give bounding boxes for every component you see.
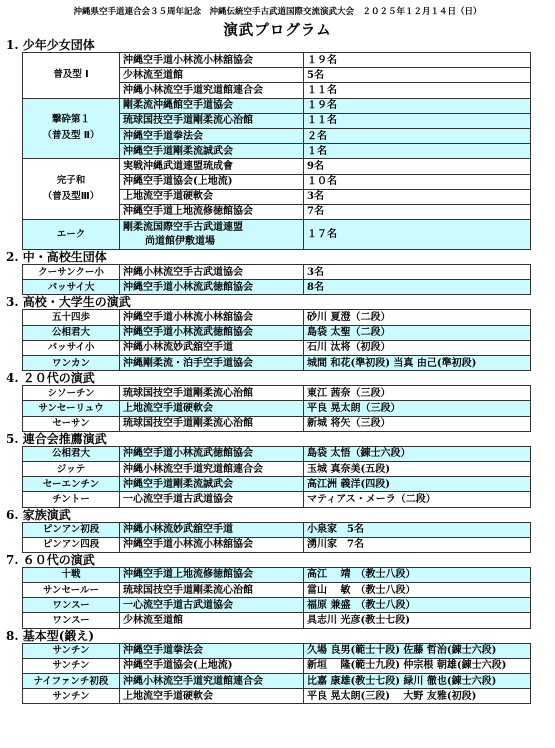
kata-cell: 公相君大	[23, 325, 120, 340]
info-cell: １９名	[304, 98, 531, 113]
kata-cell: チントー	[23, 492, 120, 507]
table-row: チントー一心流空手道古武道協会マティアス・メーラ（二段）	[23, 492, 531, 507]
org-cell: 沖縄空手道拳法会	[120, 643, 304, 658]
kata-cell: サンセーリュウ	[23, 401, 120, 416]
org-cell: 実戦沖縄武道連盟琉成會	[120, 159, 304, 174]
table-row: 公相君大沖縄空手道小林流武徳館協会島袋 太聖（二段）	[23, 325, 531, 340]
section-title: 7. ６０代の演武	[6, 553, 546, 567]
info-cell: 當山 敏 （教士八段）	[304, 583, 531, 598]
kata-cell: 撃砕第１（普及型 Ⅱ）	[23, 98, 120, 159]
org-cell: 沖縄空手道小林流武徳館協会	[120, 446, 304, 461]
org-cell: 沖縄空手道小林流小林舘協会	[120, 53, 304, 68]
org-cell: 沖縄空手道上地流修徳館協会	[120, 204, 304, 219]
kata-cell: 公相君大	[23, 446, 120, 461]
org-cell: 沖縄小林流空手古武道協会	[120, 265, 304, 280]
org-cell: 沖縄小林流空手道究道館連合会	[120, 461, 304, 476]
org-cell: 沖縄空手道剛柔流誠武会	[120, 144, 304, 159]
table-row: パッサイ大沖縄空手道小林流武徳館協会8名	[23, 280, 531, 295]
org-cell: 剛柔流沖縄館空手道協会	[120, 98, 304, 113]
table-row: サンセールー琉球国技空手道剛柔流心治館當山 敏 （教士八段）	[23, 583, 531, 598]
info-cell: １７名	[304, 220, 531, 250]
kata-cell: エーク	[23, 220, 120, 250]
event-header: 沖縄県空手道連合会３５周年記念 沖縄伝統空手古武道国際交流演武大会 ２０２５年１…	[0, 5, 555, 17]
info-cell: 具志川 光彦(教士七段)	[304, 613, 531, 628]
org-cell: 沖縄剛柔流・泊手空手道協会	[120, 356, 304, 371]
program-table-section-3: 五十四歩沖縄空手道小林流小林舘協会砂川 夏澄（二段）公相君大沖縄空手道小林流武徳…	[22, 309, 531, 371]
info-cell: 湧川家 7名	[304, 537, 531, 552]
kata-cell: 十戦	[23, 567, 120, 582]
kata-cell: ワンカン	[23, 356, 120, 371]
info-cell: 7名	[304, 204, 531, 219]
kata-cell: ワンスー	[23, 613, 120, 628]
info-cell: 比嘉 康雄(教士七段) 緑川 徹也(錬士六段)	[304, 674, 531, 689]
kata-cell: 五十四歩	[23, 310, 120, 325]
section-title: 3. 高校・大学生の演武	[6, 295, 546, 309]
program-table-section-4: シソーチン琉球国技空手道剛柔流心治館東江 茜奈（三段）サンセーリュウ上地流空手道…	[22, 385, 531, 432]
section-title: 8. 基本型(鍛え)	[6, 629, 546, 643]
kata-cell: サンセールー	[23, 583, 120, 598]
table-row: ピンアン四段沖縄空手道小林流小林舘協会湧川家 7名	[23, 537, 531, 552]
info-cell: 8名	[304, 280, 531, 295]
info-cell: 新城 将矢（三段）	[304, 416, 531, 431]
org-cell: 上地流空手道硬軟会	[120, 689, 304, 704]
table-row: サンチン沖縄空手道協会(上地流)新垣 隆(範士九段) 仲宗根 朝雄(錬士六段)	[23, 658, 531, 673]
info-cell: 3名	[304, 189, 531, 204]
org-cell: 上地流空手道硬軟会	[120, 401, 304, 416]
info-cell: 3名	[304, 265, 531, 280]
org-cell: 沖縄空手道協会(上地流)	[120, 174, 304, 189]
info-cell: １１名	[304, 113, 531, 128]
table-row: 五十四歩沖縄空手道小林流小林舘協会砂川 夏澄（二段）	[23, 310, 531, 325]
org-cell: 沖縄空手道拳法会	[120, 128, 304, 143]
table-row: サンセーリュウ上地流空手道硬軟会平良 晃太朗（三段）	[23, 401, 531, 416]
org-cell: 沖縄空手道小林流武徳館協会	[120, 325, 304, 340]
info-cell: 高江 靖 （教士八段）	[304, 567, 531, 582]
org-cell: 琉球国技空手道剛柔流心治館	[120, 583, 304, 598]
table-row: ジッテ沖縄小林流空手道究道館連合会玉城 真奈美(五段)	[23, 461, 531, 476]
org-cell: 沖縄空手道上地流修徳館協会	[120, 567, 304, 582]
program-table-section-6: ピンアン初段沖縄小林流妙武舘空手道小泉家 5名ピンアン四段沖縄空手道小林流小林舘…	[22, 522, 531, 553]
kata-cell: セーサン	[23, 416, 120, 431]
program-table-section-8: サンチン沖縄空手道拳法会久場 良男(範士十段) 佐藤 哲治(錬士六段)サンチン沖…	[22, 643, 531, 705]
kata-cell: ジッテ	[23, 461, 120, 476]
kata-cell: ピンアン初段	[23, 522, 120, 537]
program-table-section-5: 公相君大沖縄空手道小林流武徳館協会島袋 太悟（錬士六段）ジッテ沖縄小林流空手道究…	[22, 446, 531, 508]
info-cell: 城間 和花(準初段) 当真 由己(準初段)	[304, 356, 531, 371]
info-cell: マティアス・メーラ（二段）	[304, 492, 531, 507]
info-cell: 平良 晃太朗(三段) 大野 友雅(初段)	[304, 689, 531, 704]
org-cell: 琉球国技空手道剛柔流心治館	[120, 386, 304, 401]
program-table-section-7: 十戦沖縄空手道上地流修徳館協会高江 靖 （教士八段）サンセールー琉球国技空手道剛…	[22, 567, 531, 629]
org-cell: 沖縄空手道協会(上地流)	[120, 658, 304, 673]
kata-cell: シソーチン	[23, 386, 120, 401]
org-cell: 沖縄小林流空手道究道館連合会	[120, 83, 304, 98]
kata-cell: サンチン	[23, 643, 120, 658]
table-row: ワンスー一心流空手道古武道協会福原 兼盛 （教士八段）	[23, 598, 531, 613]
table-row: ピンアン初段沖縄小林流妙武舘空手道小泉家 5名	[23, 522, 531, 537]
program-content: 1. 少年少女団体 普及型 Ⅰ 沖縄空手道小林流小林舘協会 １９名 少林流至道館…	[6, 38, 546, 704]
org-cell: 沖縄小林流妙武舘空手道	[120, 340, 304, 355]
table-row: クーサンクー小沖縄小林流空手古武道協会3名	[23, 265, 531, 280]
section-title: 5. 連合会推薦演武	[6, 432, 546, 446]
org-cell: 沖縄小林流妙武舘空手道	[120, 522, 304, 537]
table-row: ワンカン沖縄剛柔流・泊手空手道協会城間 和花(準初段) 当真 由己(準初段)	[23, 356, 531, 371]
table-row: ナイファンチ初段沖縄小林流空手道究道館連合会比嘉 康雄(教士七段) 緑川 徹也(…	[23, 674, 531, 689]
info-cell: １名	[304, 144, 531, 159]
info-cell: 平良 晃太朗（三段）	[304, 401, 531, 416]
generic-sections: 2. 中・高校生団体クーサンクー小沖縄小林流空手古武道協会3名パッサイ大沖縄空手…	[6, 250, 546, 704]
kata-cell: ピンアン四段	[23, 537, 120, 552]
kata-cell: 完子和（普及型Ⅲ）	[23, 159, 120, 220]
info-cell: １９名	[304, 53, 531, 68]
info-cell: ２名	[304, 128, 531, 143]
info-cell: 高江洲 義洋(四段)	[304, 477, 531, 492]
table-row: サンチン沖縄空手道拳法会久場 良男(範士十段) 佐藤 哲治(錬士六段)	[23, 643, 531, 658]
info-cell: 島袋 太聖（二段）	[304, 325, 531, 340]
info-cell: 東江 茜奈（三段）	[304, 386, 531, 401]
org-cell: 剛柔流国際空手古武道連盟尚道館伊敷道場	[120, 220, 304, 250]
kata-cell: 普及型 Ⅰ	[23, 53, 120, 99]
kata-cell: ワンスー	[23, 598, 120, 613]
info-cell: 石川 汰将（初段）	[304, 340, 531, 355]
table-row: シソーチン琉球国技空手道剛柔流心治館東江 茜奈（三段）	[23, 386, 531, 401]
info-cell: 9名	[304, 159, 531, 174]
org-cell: 上地流空手道硬軟会	[120, 189, 304, 204]
program-table-section-1: 普及型 Ⅰ 沖縄空手道小林流小林舘協会 １９名 少林流至道館 5名 沖縄小林流空…	[22, 52, 531, 250]
table-row: 十戦沖縄空手道上地流修徳館協会高江 靖 （教士八段）	[23, 567, 531, 582]
org-cell: 少林流至道館	[120, 613, 304, 628]
org-cell: 一心流空手道古武道協会	[120, 492, 304, 507]
program-table-section-2: クーサンクー小沖縄小林流空手古武道協会3名パッサイ大沖縄空手道小林流武徳館協会8…	[22, 264, 531, 295]
info-cell: １１名	[304, 83, 531, 98]
org-cell: 沖縄空手道剛柔流誠武会	[120, 477, 304, 492]
table-row: パッサイ小沖縄小林流妙武舘空手道石川 汰将（初段）	[23, 340, 531, 355]
org-cell: 琉球国技空手道剛柔流心治館	[120, 113, 304, 128]
kata-cell: クーサンクー小	[23, 265, 120, 280]
section-title: 4. ２０代の演武	[6, 371, 546, 385]
info-cell: 新垣 隆(範士九段) 仲宗根 朝雄(錬士六段)	[304, 658, 531, 673]
info-cell: 福原 兼盛 （教士八段）	[304, 598, 531, 613]
section-title: 2. 中・高校生団体	[6, 250, 546, 264]
info-cell: １０名	[304, 174, 531, 189]
info-cell: 小泉家 5名	[304, 522, 531, 537]
info-cell: 玉城 真奈美(五段)	[304, 461, 531, 476]
kata-cell: ナイファンチ初段	[23, 674, 120, 689]
org-cell: 琉球国技空手道剛柔流心治館	[120, 416, 304, 431]
org-cell: 沖縄空手道小林流小林舘協会	[120, 537, 304, 552]
kata-cell: セーエンチン	[23, 477, 120, 492]
kata-cell: サンチン	[23, 689, 120, 704]
info-cell: 5名	[304, 68, 531, 83]
table-row: サンチン上地流空手道硬軟会平良 晃太朗(三段) 大野 友雅(初段)	[23, 689, 531, 704]
section-title: 1. 少年少女団体	[6, 38, 546, 52]
info-cell: 島袋 太悟（錬士六段）	[304, 446, 531, 461]
org-cell: 沖縄小林流空手道究道館連合会	[120, 674, 304, 689]
section-title: 6. 家族演武	[6, 508, 546, 522]
table-row: セーエンチン沖縄空手道剛柔流誠武会高江洲 義洋(四段)	[23, 477, 531, 492]
org-cell: 沖縄空手道小林流武徳館協会	[120, 280, 304, 295]
table-row: 公相君大沖縄空手道小林流武徳館協会島袋 太悟（錬士六段）	[23, 446, 531, 461]
kata-cell: パッサイ大	[23, 280, 120, 295]
info-cell: 久場 良男(範士十段) 佐藤 哲治(錬士六段)	[304, 643, 531, 658]
page-title: 演武プログラム	[0, 19, 555, 40]
org-cell: 沖縄空手道小林流小林舘協会	[120, 310, 304, 325]
kata-cell: パッサイ小	[23, 340, 120, 355]
info-cell: 砂川 夏澄（二段）	[304, 310, 531, 325]
org-cell: 少林流至道館	[120, 68, 304, 83]
table-row: セーサン琉球国技空手道剛柔流心治館新城 将矢（三段）	[23, 416, 531, 431]
kata-cell: サンチン	[23, 658, 120, 673]
org-cell: 一心流空手道古武道協会	[120, 598, 304, 613]
table-row: ワンスー少林流至道館具志川 光彦(教士七段)	[23, 613, 531, 628]
